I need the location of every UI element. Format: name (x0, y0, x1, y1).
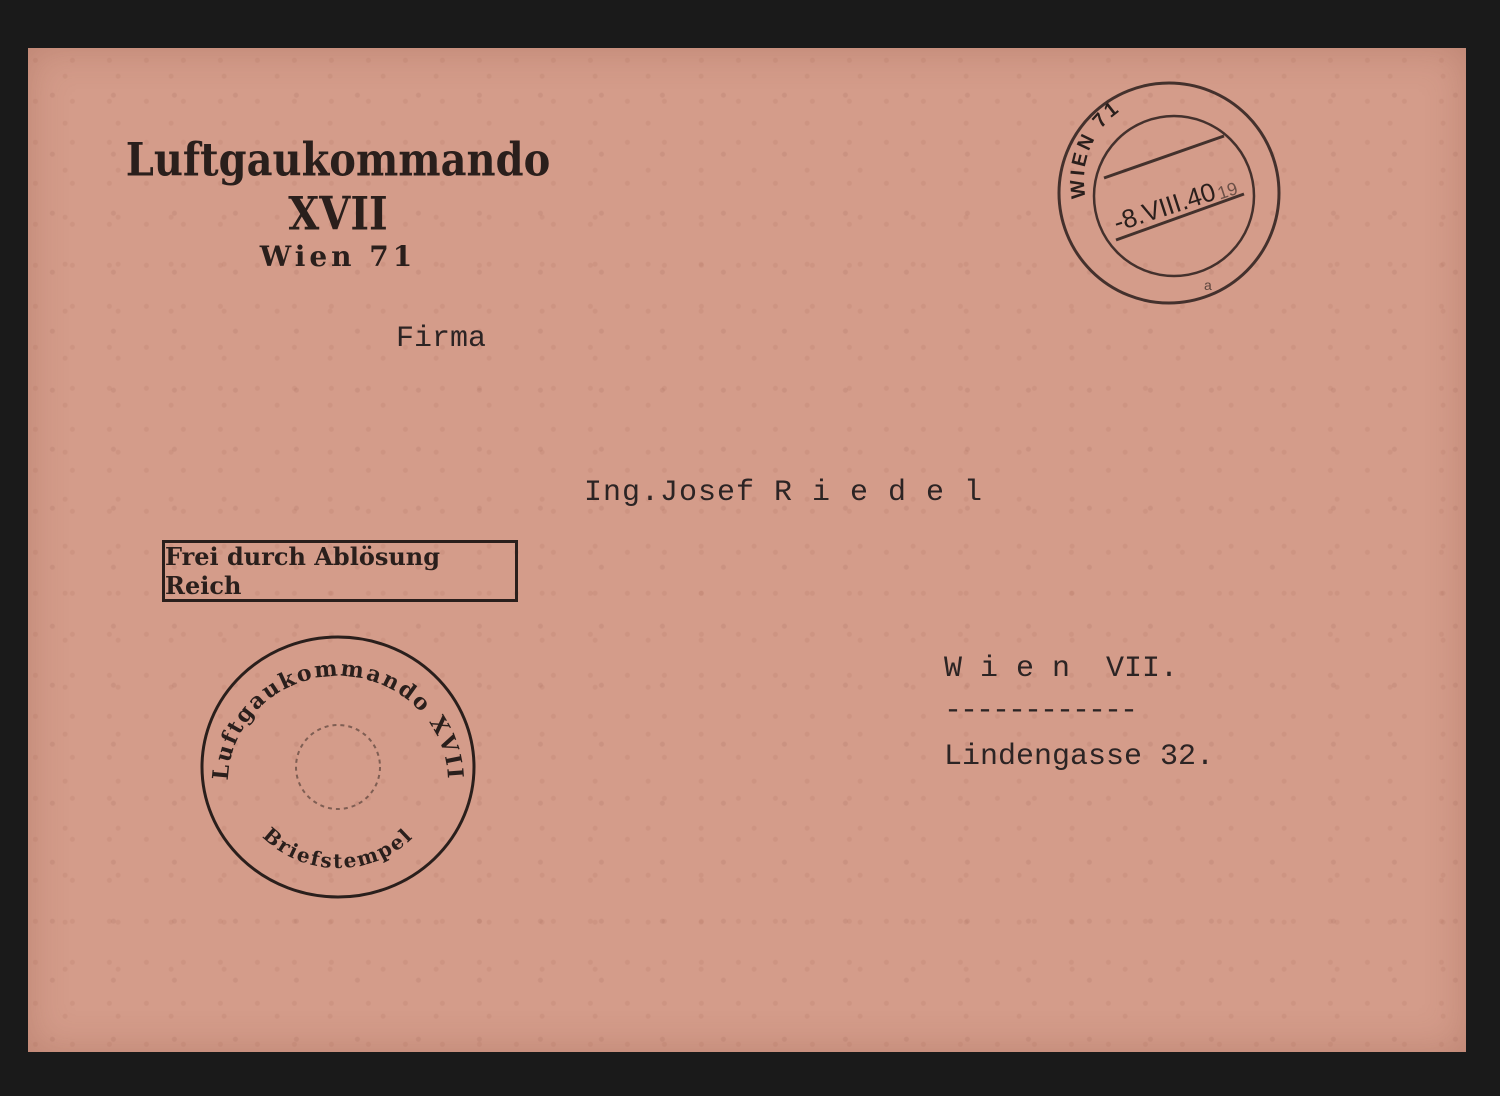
recipient-prefix: Firma (396, 322, 486, 356)
seal-emblem-placeholder-icon (296, 725, 380, 809)
sender-organization: Luftgaukommando XVII (108, 133, 568, 241)
envelope: Luftgaukommando XVII Wien 71 WIEN 71 -8.… (28, 48, 1466, 1052)
recipient-underline: ------------ (944, 694, 1136, 728)
svg-text:Luftgaukommando XVII: Luftgaukommando XVII (208, 655, 468, 781)
free-postage-text: Frei durch Ablösung Reich (165, 542, 515, 600)
recipient-street: Lindengasse 32. (944, 740, 1214, 774)
sender-letterhead: Luftgaukommando XVII Wien 71 (108, 140, 568, 273)
svg-text:Briefstempel: Briefstempel (258, 822, 417, 873)
sender-city: Wien 71 (108, 240, 568, 273)
postmark-stamp: WIEN 71 -8.VIII.40 19 a (1054, 78, 1284, 308)
office-seal-stamp: Luftgaukommando XVII Briefstempel (198, 632, 478, 902)
postmark-footer-mark: a (1204, 277, 1212, 293)
recipient-name: Ing.Josef R i e d e l (584, 476, 983, 510)
seal-bottom-text: Briefstempel (258, 822, 417, 873)
recipient-city: W i e n VII. (944, 652, 1178, 686)
seal-top-text: Luftgaukommando XVII (208, 655, 468, 781)
postmark-time: 19 (1215, 178, 1240, 203)
postmark-date: -8.VIII.40 (1110, 176, 1220, 237)
free-postage-stamp: Frei durch Ablösung Reich (162, 540, 518, 602)
